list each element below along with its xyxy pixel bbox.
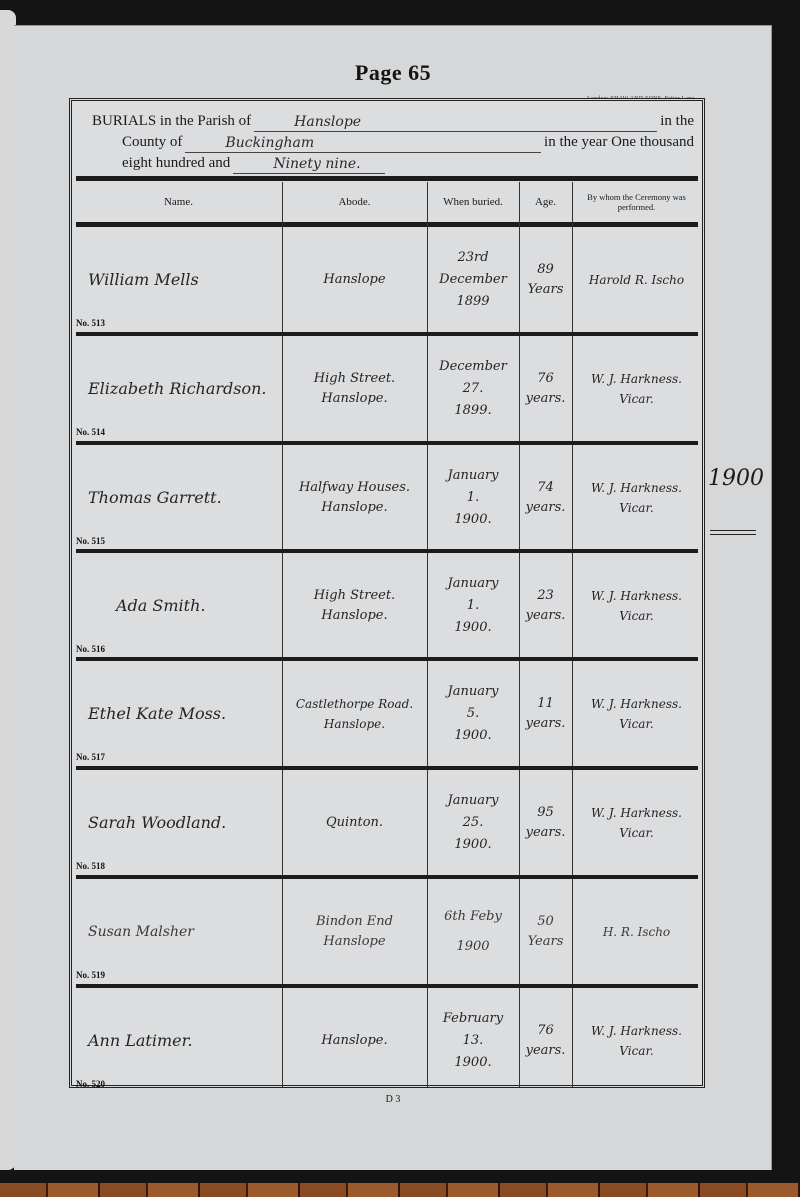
entry-name: William Mells <box>76 228 281 331</box>
entry-age: 74 years. <box>520 446 571 549</box>
burial-entry: Ann Latimer. Hanslope. February 13. 1900… <box>76 989 700 1092</box>
county-label: County of <box>122 132 182 153</box>
entry-abode: Quinton. <box>283 771 426 874</box>
signature-mark: D 3 <box>14 1094 772 1105</box>
entry-abode: Bindon End Hanslope <box>283 880 426 983</box>
entry-when-buried: February 13. 1900. <box>428 989 518 1092</box>
burial-entry: William Mells Hanslope 23rd December 189… <box>76 228 700 331</box>
entry-number: No. 518 <box>76 861 105 871</box>
entry-age: 50 Years <box>520 880 571 983</box>
burial-entry: Sarah Woodland. Quinton. January 25. 190… <box>76 771 700 874</box>
row-rule <box>76 332 698 336</box>
entry-number: No. 515 <box>76 536 105 546</box>
margin-underline <box>710 530 756 531</box>
column-header-rule <box>76 222 698 227</box>
entry-name: Ann Latimer. <box>76 989 281 1092</box>
row-rule <box>76 875 698 879</box>
entry-age: 23 years. <box>520 554 571 657</box>
entry-when-buried: January 5. 1900. <box>428 662 518 765</box>
entry-abode: Castlethorpe Road. Hanslope. <box>283 662 426 765</box>
entry-when-buried: January 1. 1900. <box>428 446 518 549</box>
burial-entry: Ethel Kate Moss. Castlethorpe Road. Hans… <box>76 662 700 765</box>
entry-age: 76 years. <box>520 337 571 440</box>
entry-officiant: W. J. Harkness. Vicar. <box>573 554 700 657</box>
county-field: Buckingham <box>185 133 541 153</box>
burial-entry: Susan Malsher Bindon End Hanslope 6th Fe… <box>76 880 700 983</box>
entry-age: 95 years. <box>520 771 571 874</box>
entry-number: No. 517 <box>76 752 105 762</box>
column-header-when-buried: When buried. <box>428 182 518 222</box>
entry-when-buried: January 1. 1900. <box>428 554 518 657</box>
year-label: eight hundred and <box>122 153 230 174</box>
entry-age: 11 years. <box>520 662 571 765</box>
entry-name: Ethel Kate Moss. <box>76 662 281 765</box>
margin-year-annotation: 1900 <box>708 466 764 491</box>
entry-when-buried: December 27. 1899. <box>428 337 518 440</box>
parish-suffix: in the <box>660 111 694 132</box>
entry-abode: Hanslope. <box>283 989 426 1092</box>
column-header-officiant: By whom the Ceremony was performed. <box>573 182 700 222</box>
row-rule <box>76 549 698 553</box>
burial-entry: Thomas Garrett. Halfway Houses. Hanslope… <box>76 446 700 549</box>
entry-name: Susan Malsher <box>76 880 281 983</box>
entry-abode: High Street. Hanslope. <box>283 554 426 657</box>
row-rule <box>76 984 698 988</box>
row-rule <box>76 441 698 445</box>
row-rule <box>76 657 698 661</box>
column-header-age: Age. <box>520 182 571 222</box>
page-title: Page 65 <box>14 60 772 86</box>
entry-age: 89 Years <box>520 228 571 331</box>
entry-number: No. 520 <box>76 1079 105 1089</box>
entry-officiant: W. J. Harkness. Vicar. <box>573 337 700 440</box>
entry-when-buried: 23rd December 1899 <box>428 228 518 331</box>
row-rule <box>76 766 698 770</box>
entry-officiant: W. J. Harkness. Vicar. <box>573 446 700 549</box>
entry-name: Elizabeth Richardson. <box>76 337 281 440</box>
entry-officiant: W. J. Harkness. Vicar. <box>573 662 700 765</box>
burial-register-table: BURIALS in the Parish of Hanslope in the… <box>69 98 705 1088</box>
entry-when-buried: January 25. 1900. <box>428 771 518 874</box>
column-header-name: Name. <box>76 182 281 222</box>
entry-age: 76 years. <box>520 989 571 1092</box>
entry-number: No. 519 <box>76 970 105 980</box>
parish-label: BURIALS in the Parish of <box>92 111 251 132</box>
entry-abode: High Street. Hanslope. <box>283 337 426 440</box>
parish-field: Hanslope <box>254 112 657 132</box>
burial-entry: Elizabeth Richardson. High Street. Hansl… <box>76 337 700 440</box>
entry-when-buried: 6th Feby 1900 <box>428 880 518 983</box>
entry-name: Ada Smith. <box>76 554 281 657</box>
entry-number: No. 514 <box>76 427 105 437</box>
entry-abode: Hanslope <box>283 228 426 331</box>
wooden-table-surface <box>0 1183 800 1197</box>
entry-number: No. 513 <box>76 318 105 328</box>
entry-name: Thomas Garrett. <box>76 446 281 549</box>
burial-entry: Ada Smith. High Street. Hanslope. Januar… <box>76 554 700 657</box>
entry-abode: Halfway Houses. Hanslope. <box>283 446 426 549</box>
register-header: BURIALS in the Parish of Hanslope in the… <box>72 101 702 176</box>
entry-number: No. 516 <box>76 644 105 654</box>
entry-name: Sarah Woodland. <box>76 771 281 874</box>
entry-officiant: W. J. Harkness. Vicar. <box>573 771 700 874</box>
county-suffix: in the year One thousand <box>544 132 694 153</box>
margin-underline <box>710 534 756 535</box>
register-page: Page 65 London: SHAW AND SONS, Fetter La… <box>14 25 772 1170</box>
entry-officiant: Harold R. Ischo <box>573 228 700 331</box>
header-rule <box>76 176 698 181</box>
entry-officiant: H. R. Ischo <box>573 880 700 983</box>
entry-officiant: W. J. Harkness. Vicar. <box>573 989 700 1092</box>
year-field: Ninety nine. <box>233 154 385 174</box>
column-header-abode: Abode. <box>283 182 426 222</box>
